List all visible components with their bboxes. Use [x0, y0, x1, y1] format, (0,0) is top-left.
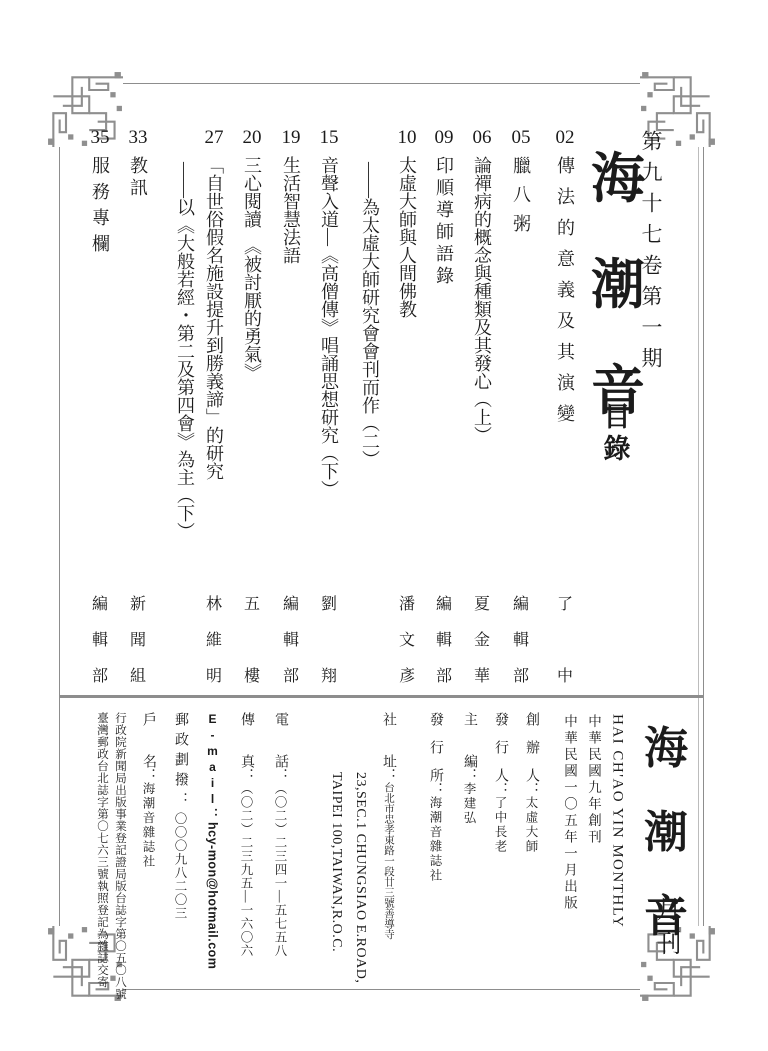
char: 組 [130, 663, 146, 686]
char: 金 [474, 627, 490, 650]
article-author: 五樓 [233, 591, 271, 686]
char: 編 [283, 591, 299, 614]
char: 聞 [130, 627, 146, 650]
colophon-chief-editor: 主 編：李建弘 [454, 712, 484, 826]
char: 翔 [321, 663, 337, 686]
char: 潮 [591, 242, 645, 319]
article-author: 劉翔 [310, 591, 348, 686]
page-number: 05 [512, 126, 531, 150]
char: 林 [206, 591, 222, 614]
postal-giro-label: 郵政劃撥： [173, 712, 188, 812]
publishing-office-label: 發 行 所： [428, 712, 443, 796]
char: 維 [206, 627, 222, 650]
magazine-toc-page: { "masthead": { "issue": "第九十七卷第一期", "ti… [0, 0, 768, 1051]
char: 輯 [513, 627, 529, 650]
page-number: 33 [129, 126, 148, 150]
article-title: 教訊 [125, 156, 151, 200]
char: 中 [557, 663, 573, 686]
toc-entry: 19 生活智慧法語 編輯部 [272, 126, 310, 686]
page-number: 19 [282, 126, 301, 150]
article-subtitle: ——以《大般若經・第二及第四會》為主（下） [172, 162, 198, 540]
article-title: 生活智慧法語 [278, 156, 304, 264]
toc-entry: 10 太虛大師與人間佛教 潘文彥 [388, 126, 426, 686]
colophon-address-en-line2: TAIPEI 100,TAIWAN,R.O.C. [321, 772, 351, 952]
fax-value: （〇二）二三九五—一六〇六 [239, 782, 253, 958]
toc-entry: 02 傳法的意義及其演變 了中 [546, 126, 584, 686]
article-author: 夏金華 [463, 591, 501, 686]
article-author: 編輯部 [502, 591, 540, 686]
article-title: 音聲入道—《高僧傳》唱誦思想研究（下） [316, 156, 342, 498]
char: 海 [591, 136, 645, 213]
char: 彥 [399, 663, 415, 686]
article-title: 傳法的意義及其演變 [552, 156, 578, 435]
toc-entry: 05 臘八粥 編輯部 [502, 126, 540, 686]
monthly-label-text: 月刊 [648, 896, 684, 964]
char: 潮 [644, 796, 688, 860]
page-number: 35 [91, 126, 110, 150]
char: 明 [206, 663, 222, 686]
colophon-publisher: 發 行 人：了中長老 [485, 712, 515, 854]
publishing-office-value: 海潮音雜誌社 [428, 796, 442, 883]
address-en-line2-text: TAIPEI 100,TAIWAN,R.O.C. [328, 772, 344, 952]
article-author: 新聞組 [119, 591, 157, 686]
article-title: 印順導師語錄 [431, 156, 457, 288]
email-label: E-mail： [206, 712, 220, 822]
article-title: 「自世俗假名施設提升到勝義諦」的研究 [201, 156, 227, 480]
article-title: 臘八粥 [508, 156, 534, 243]
article-author: 編輯部 [81, 591, 119, 686]
address-label: 社 址： [381, 712, 396, 782]
colophon-account-name: 戶 名：海潮音雜誌社 [133, 712, 163, 869]
page-border-frame: 第九十七卷第一期 海潮音 目錄 02 傳法的意義及其演變 了中 05 臘八粥 編… [59, 83, 704, 990]
article-author: 編輯部 [425, 591, 463, 686]
magazine-title-calligraphy: 海潮音 [574, 136, 662, 425]
chief-editor-value: 李建弘 [462, 782, 476, 826]
chief-editor-label: 主 編： [462, 712, 477, 782]
colophon-postal-giro: 郵政劃撥：〇〇〇九八二〇三 [165, 712, 195, 920]
article-title: 論禪病的概念與種類及其發心（上） [469, 156, 495, 444]
page-number: 27 [205, 126, 224, 150]
publisher-value: 了中長老 [493, 796, 507, 854]
colophon-email: E-mail：hcy-mon@hotmail.com [198, 712, 228, 969]
toc-entry: 20 三心閱讀 《被討厭的勇氣》 五樓 [233, 126, 271, 686]
english-title-text: HAI CH'AO YIN MONTHLY [609, 714, 626, 928]
address-en-line1-text: 23,SEC.1 CHUNGSIAO E.ROAD, [352, 772, 368, 983]
registration-line-2-text: 臺灣郵政台北誌字第〇七六三號執照登記為雜誌交寄 [94, 712, 110, 988]
founder-value: 太虛大師 [524, 796, 538, 854]
founder-label: 創 辦 人： [524, 712, 539, 796]
page-number: 10 [398, 126, 417, 150]
publisher-label: 發 行 人： [493, 712, 508, 796]
account-name-value: 海潮音雜誌社 [141, 782, 155, 869]
char: 輯 [92, 627, 108, 650]
page-number: 02 [556, 126, 575, 150]
monthly-label: 月刊 [640, 896, 692, 964]
colophon-founder: 創 辦 人：太虛大師 [516, 712, 546, 854]
toc-entry: 35 服務專欄 編輯部 [81, 126, 119, 686]
phone-label: 電 話： [273, 712, 288, 782]
char: 輯 [436, 627, 452, 650]
account-name-label: 戶 名： [141, 712, 156, 782]
char: 編 [436, 591, 452, 614]
char: 樓 [244, 663, 260, 686]
char: 了 [557, 591, 573, 614]
article-author: 潘文彥 [388, 591, 426, 686]
page-number: 20 [243, 126, 262, 150]
char: 部 [436, 663, 452, 686]
page-number: 15 [320, 126, 339, 150]
toc-heading: 目錄 [593, 402, 637, 466]
char: 華 [474, 663, 490, 686]
char: 部 [283, 663, 299, 686]
char: 部 [513, 663, 529, 686]
char: 五 [244, 591, 260, 614]
article-title: 服務專欄 [87, 156, 113, 260]
char: 新 [130, 591, 146, 614]
article-subtitle: ——為太虛大師研究會會刊而作（二） [357, 162, 383, 468]
char: 輯 [283, 627, 299, 650]
published-line: 中華民國一〇五年一月出版 [555, 714, 583, 912]
char: 部 [92, 663, 108, 686]
page-number: 09 [435, 126, 454, 150]
toc-heading-text: 目錄 [596, 402, 635, 466]
inner-border-line [698, 94, 699, 979]
article-author: 了中 [546, 591, 584, 686]
phone-value: （〇二）二三四一—五七五八 [273, 782, 287, 958]
char: 海 [644, 712, 688, 776]
page-number: 06 [473, 126, 492, 150]
colophon-phone: 電 話：（〇二）二三四一—五七五八 [265, 712, 295, 958]
address-value: 台北市忠孝東路一段廿三號善導寺 [383, 782, 394, 940]
founded-line: 中華民國九年創刊 [579, 714, 607, 846]
section-divider [60, 695, 703, 698]
char: 編 [513, 591, 529, 614]
email-value: hcy-mon@hotmail.com [206, 822, 220, 969]
char: 文 [399, 627, 415, 650]
postal-giro-value: 〇〇〇九八二〇三 [173, 812, 187, 920]
registration-line-2: 臺灣郵政台北誌字第〇七六三號執照登記為雜誌交寄 [87, 712, 117, 988]
fax-label: 傳 真： [239, 712, 254, 782]
article-author: 編輯部 [272, 591, 310, 686]
char: 劉 [321, 591, 337, 614]
toc-entry: 09 印順導師語錄 編輯部 [425, 126, 463, 686]
toc-entry-subtitle: ——以《大般若經・第二及第四會》為主（下） [166, 126, 204, 686]
article-title: 太虛大師與人間佛教 [394, 156, 420, 318]
colophon-fax: 傳 真：（〇二）二三九五—一六〇六 [231, 712, 261, 958]
toc-entry: 33 教訊 新聞組 [119, 126, 157, 686]
published-text: 中華民國一〇五年一月出版 [559, 714, 579, 912]
colophon-address: 社 址：台北市忠孝東路一段廿三號善導寺 [373, 712, 403, 940]
char: 編 [92, 591, 108, 614]
char: 潘 [399, 591, 415, 614]
char: 夏 [474, 591, 490, 614]
toc-entry-subtitle: ——為太虛大師研究會會刊而作（二） [351, 126, 389, 686]
toc-entry: 15 音聲入道—《高僧傳》唱誦思想研究（下） 劉翔 [310, 126, 348, 686]
colophon-publishing-office: 發 行 所：海潮音雜誌社 [420, 712, 450, 883]
founded-text: 中華民國九年創刊 [583, 714, 603, 846]
toc-entry: 06 論禪病的概念與種類及其發心（上） 夏金華 [463, 126, 501, 686]
article-title: 三心閱讀 《被討厭的勇氣》 [239, 156, 265, 381]
